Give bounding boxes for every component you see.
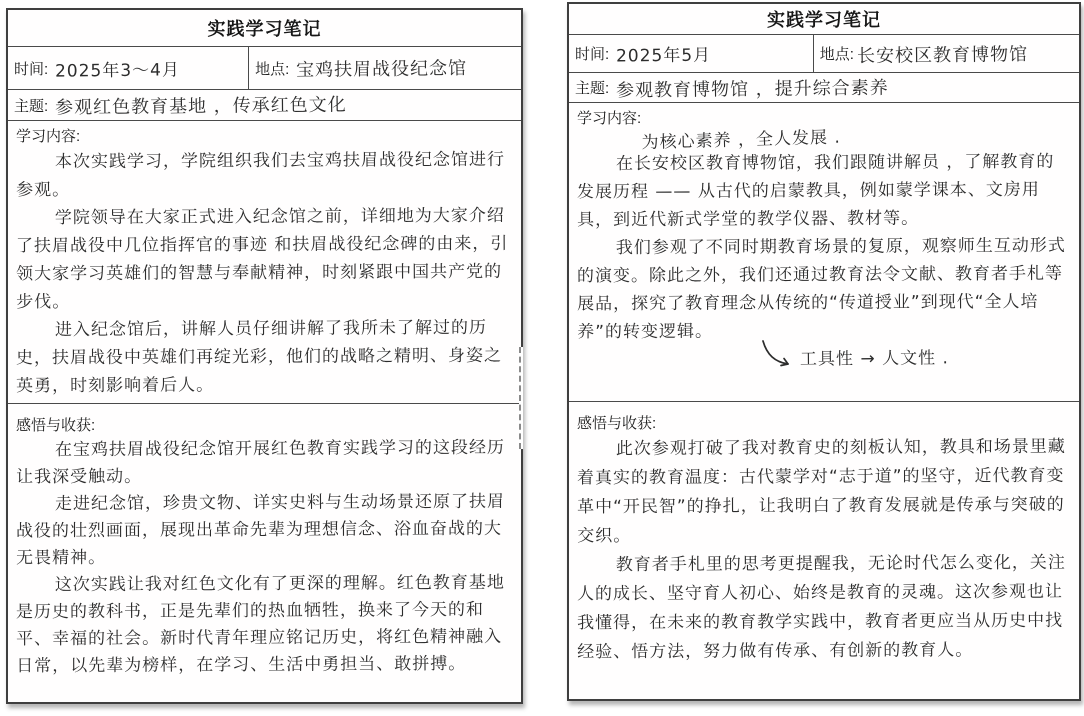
scanned-notes-page: 实践学习笔记 时间: 2025年3～4月 地点: 宝鸡扶眉战役纪念馆 主题: 参…: [0, 0, 1084, 716]
practice-note-form-left: 实践学习笔记 时间: 2025年3～4月 地点: 宝鸡扶眉战役纪念馆 主题: 参…: [6, 8, 523, 704]
place-cell-right: 地点: 长安校区教育博物馆: [814, 35, 1079, 72]
place-label-left: 地点:: [255, 58, 289, 79]
time-cell-left: 时间: 2025年3～4月: [8, 47, 249, 89]
topic-label-left: 主题:: [14, 95, 48, 116]
time-place-row-right: 时间: 2025年5月 地点: 长安校区教育博物馆: [569, 35, 1079, 73]
scan-dashed-border-artifact: [519, 347, 523, 449]
topic-label-right: 主题:: [575, 77, 609, 98]
reflection-paragraph: 教育者手札里的思考更提醒我，无论时代怎么变化，关注人的成长、坚守育人初心、始终是…: [577, 549, 1072, 668]
time-value-left: 2025年3～4月: [55, 55, 180, 81]
practice-note-form-right: 实践学习笔记 时间: 2025年5月 地点: 长安校区教育博物馆 主题: 参观教…: [567, 2, 1081, 701]
time-value-right: 2025年5月: [616, 41, 711, 67]
topic-value-right: 参观教育博物馆 ，提升综合素养: [616, 73, 889, 102]
reflection-paragraph: 在宝鸡扶眉战役纪念馆开展红色教育实践学习的这段经历让我深受触动。: [16, 435, 513, 492]
form-title-row-left: 实践学习笔记: [8, 10, 521, 47]
reflection-paragraph: 这次实践让我对红色文化有了更深的理解。红色教育基地是历史的教科书，正是先辈们的热…: [16, 570, 514, 681]
topic-row-right: 主题: 参观教育博物馆 ，提升综合素养: [569, 73, 1079, 103]
place-value-left: 宝鸡扶眉战役纪念馆: [296, 54, 467, 82]
form-title-right: 实践学习笔记: [767, 6, 881, 32]
reflection-paragraph: 此次参观打破了我对教育史的刻板认知，教具和场景里藏着真实的教育温度：古代蒙学对“…: [577, 433, 1072, 552]
time-label-right: 时间:: [575, 43, 609, 64]
reflection-section-right: 感悟与收获: 此次参观打破了我对教育史的刻板认知，教具和场景里藏着真实的教育温度…: [569, 402, 1079, 699]
place-value-right: 长安校区教育博物馆: [857, 40, 1028, 68]
arrow-annotation: 工具性 → 人文性 .: [760, 347, 1071, 376]
content-section-right: 学习内容: 为核心素养 ，全人发展 . 在长安校区教育博物馆，我们跟随讲解员 ，…: [569, 103, 1079, 402]
content-paragraph: 进入纪念馆后，讲解人员仔细讲解了我所未了解过的历史，扶眉战役中英雄们再绽光彩，他…: [16, 314, 513, 401]
place-label-right: 地点:: [820, 43, 854, 64]
content-paragraph: 学院领导在大家正式进入纪念馆之前，详细地为大家介绍了扶眉战役中几位指挥官的事迹 …: [16, 202, 514, 317]
form-title-row-right: 实践学习笔记: [569, 4, 1079, 35]
arrow-annotation-text: 工具性 → 人文性 .: [800, 346, 949, 371]
content-label-left: 学习内容:: [16, 125, 513, 146]
reflection-paragraph: 走进纪念馆，珍贵文物、详实史料与生动场景还原了扶眉战役的壮烈画面，展现出革命先辈…: [16, 489, 513, 573]
content-paragraph: 本次实践学习，学院组织我们去宝鸡扶眉战役纪念馆进行参观。: [16, 146, 513, 205]
place-cell-left: 地点: 宝鸡扶眉战役纪念馆: [249, 47, 521, 89]
content-paragraph: 我们参观了不同时期教育场景的复原，观察师生互动形式的演变。除此之外，我们还通过教…: [577, 232, 1072, 347]
reflection-label-left: 感悟与收获:: [16, 414, 513, 435]
time-cell-right: 时间: 2025年5月: [569, 35, 814, 72]
content-section-left: 学习内容: 本次实践学习，学院组织我们去宝鸡扶眉战役纪念馆进行参观。 学院领导在…: [8, 121, 521, 404]
reflection-section-left: 感悟与收获: 在宝鸡扶眉战役纪念馆开展红色教育实践学习的这段经历让我深受触动。 …: [8, 404, 521, 702]
time-place-row-left: 时间: 2025年3～4月 地点: 宝鸡扶眉战役纪念馆: [8, 47, 521, 90]
content-paragraph: 在长安校区教育博物馆，我们跟随讲解员 ，了解教育的发展历程 —— 从古代的启蒙教…: [577, 148, 1071, 235]
topic-row-left: 主题: 参观红色教育基地 ，传承红色文化: [8, 90, 521, 121]
topic-value-left: 参观红色教育基地 ，传承红色文化: [55, 90, 347, 119]
reflection-label-right: 感悟与收获:: [577, 412, 1071, 433]
form-title-left: 实践学习笔记: [208, 15, 322, 41]
time-label-left: 时间:: [14, 58, 48, 79]
